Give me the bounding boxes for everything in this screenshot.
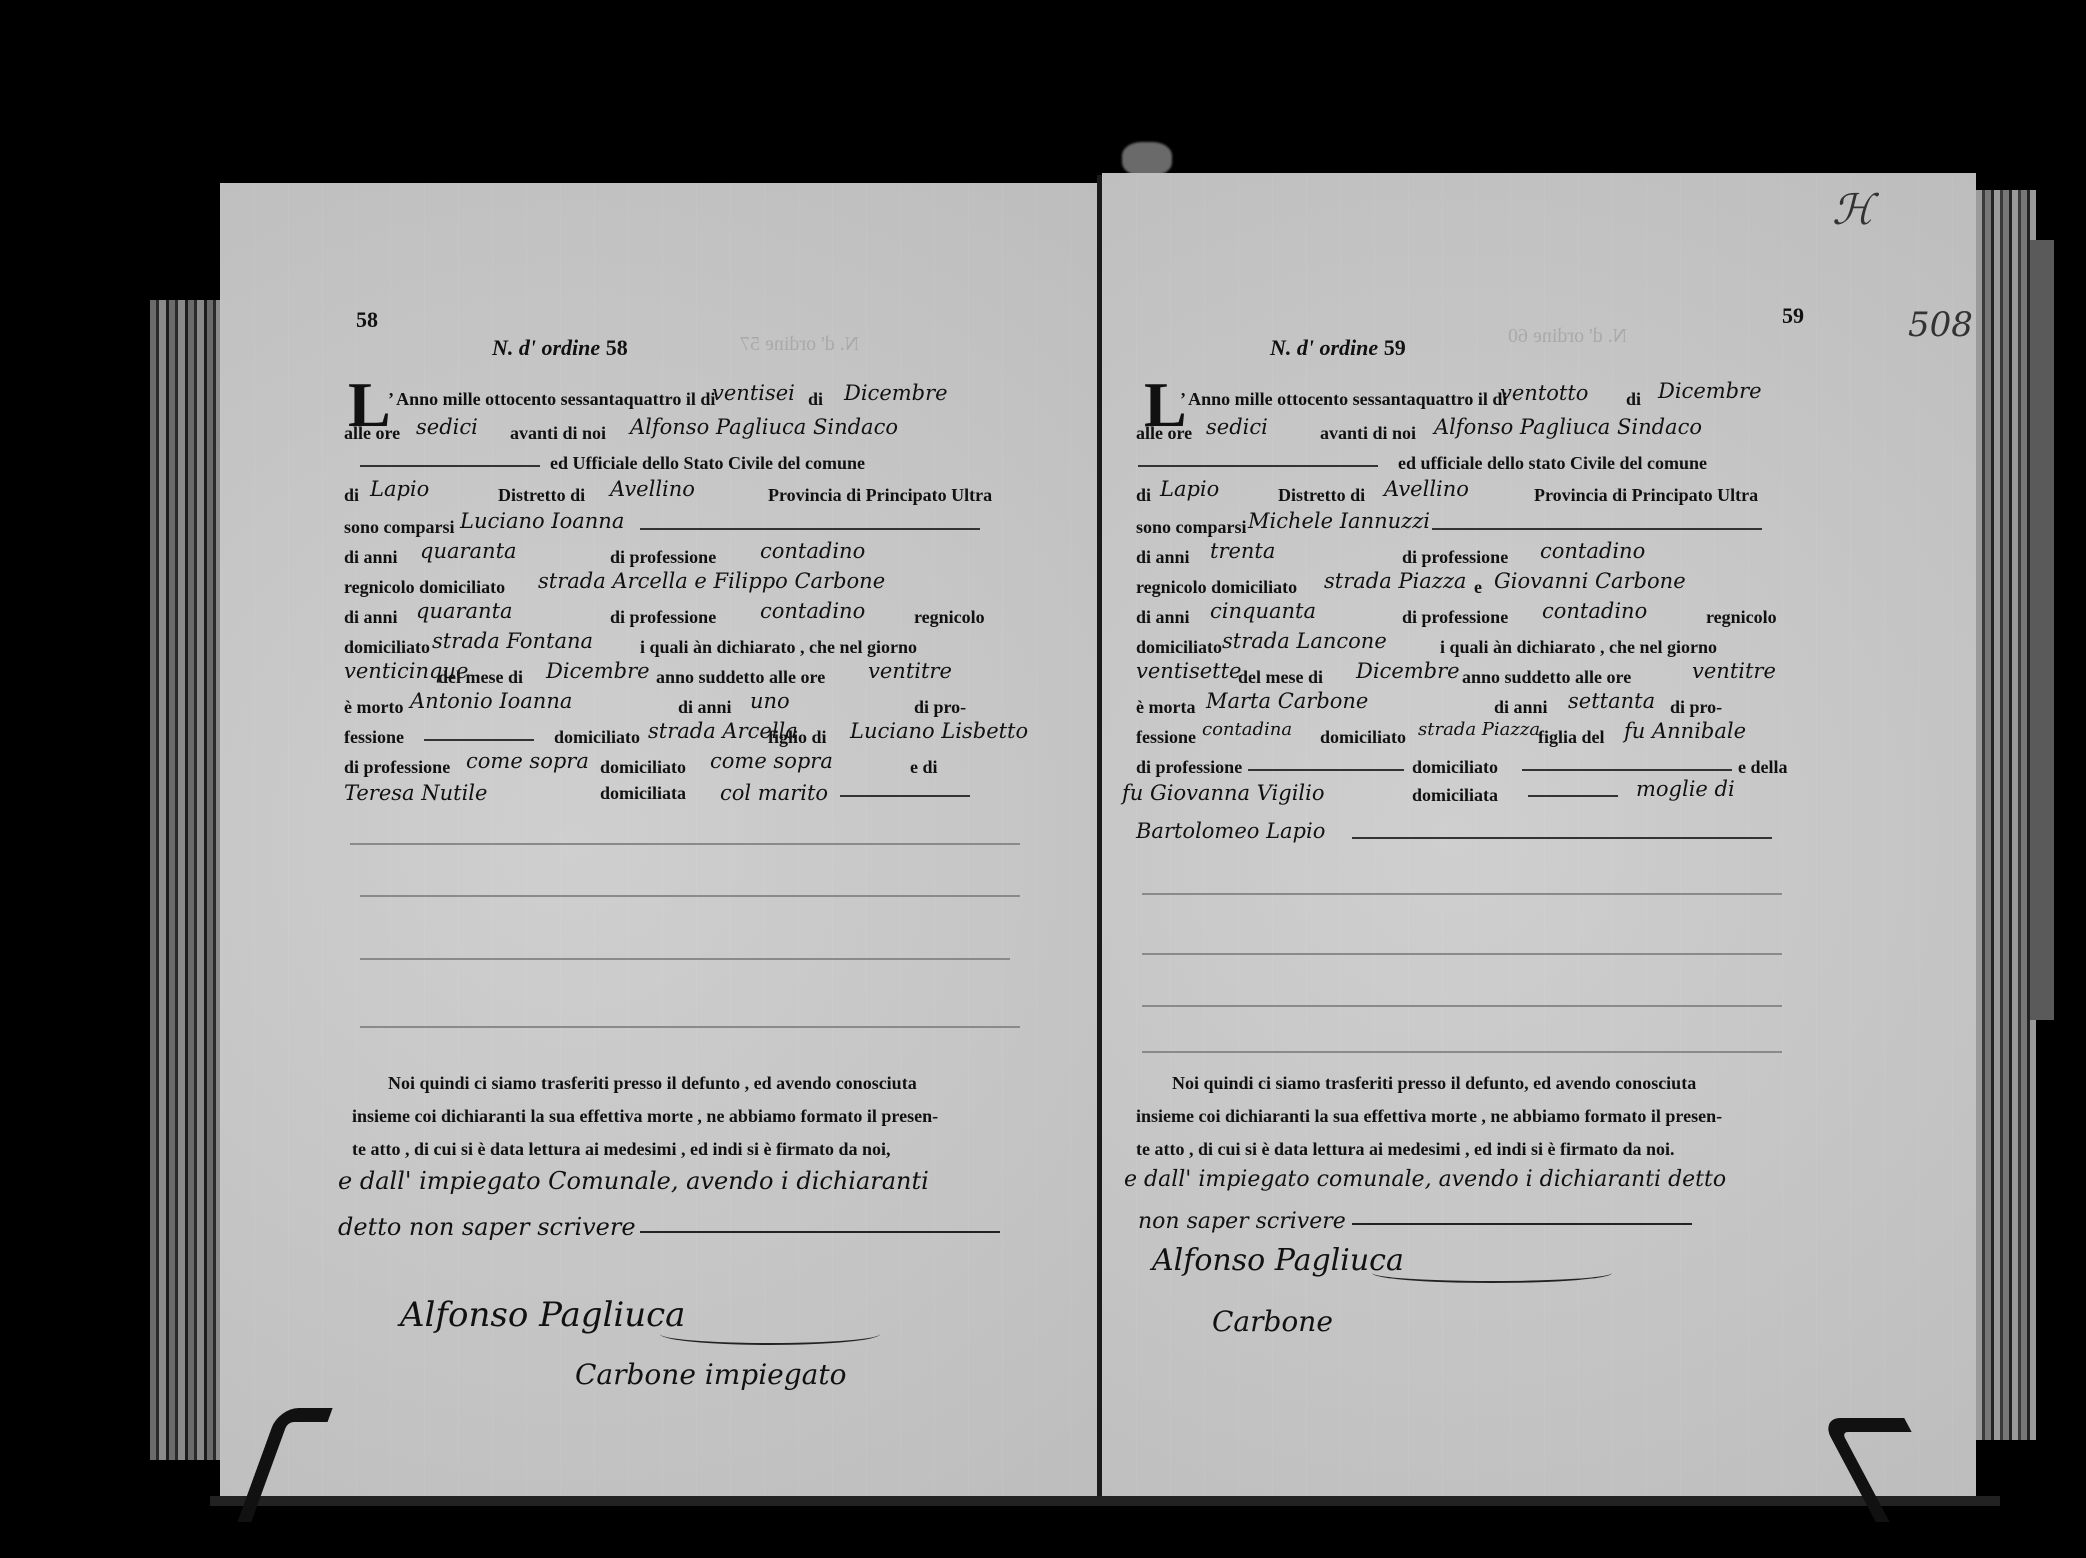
bleed-through-text: N. d' ordine 57 [740,333,859,356]
handwritten-death-month: Dicembre [1356,659,1460,683]
right-page-tab [2030,240,2054,1020]
printed-text: di pro- [914,697,966,718]
handwritten-profession: contadino [760,599,865,623]
handwritten-death-day: ventisette [1136,659,1241,683]
handwritten-spouse-name: Bartolomeo Lapio [1136,819,1325,843]
signature-clerk: Carbone [1212,1305,1333,1338]
right-page-edges [1976,190,2036,1440]
printed-text: Provincia di Principato Ultra [768,485,992,506]
printed-text: figlio di [768,727,827,748]
signature-flourish [660,1323,880,1345]
blank-dash [360,465,540,467]
printed-text: domiciliato [344,637,430,658]
printed-text: avanti di noi [1320,423,1416,444]
order-label: N. d' ordine [1270,335,1378,360]
blank-ruling [360,958,1010,960]
handwritten-mother-name: Teresa Nutile [344,781,487,805]
handwritten-death-hour: ventitre [868,659,952,683]
order-heading: N. d' ordine 59 [1270,335,1406,361]
printed-text: avanti di noi [510,423,606,444]
order-heading: N. d' ordine 58 [492,335,628,361]
printed-text: fessione [344,727,404,748]
printed-text: regnicolo [914,607,985,628]
handwritten-age: quaranta [420,539,517,563]
printed-text: anno suddetto alle ore [1462,667,1631,688]
left-page: 58 N. d' ordine 57 N. d' ordine 58 L ’ A… [220,183,1102,1501]
closing-line: te atto , di cui si è data lettura ai me… [1136,1133,1722,1166]
handwritten-day: ventotto [1500,381,1588,405]
closing-handwritten-line: detto non saper scrivere [338,1213,636,1241]
printed-text: Distretto di [1278,485,1365,506]
handwritten-domicile: come sopra [710,749,833,773]
printed-text: di professione [1402,547,1508,568]
printed-text: domiciliata [600,783,686,804]
closing-dash [640,1231,1000,1233]
closing-line: Noi quindi ci siamo trasferiti presso il… [1136,1067,1722,1100]
handwritten-age: trenta [1210,539,1275,563]
printed-text: alle ore [344,423,400,444]
printed-text: di anni [344,607,398,628]
printed-text: di [344,485,359,506]
handwritten-month: Dicembre [1658,379,1762,403]
handwritten-domicile: strada Lancone [1222,629,1387,653]
handwritten-hour: sedici [1206,415,1268,439]
printed-text: è morta [1136,697,1195,718]
printed-text: del mese di [438,667,523,688]
printed-text: domiciliato [1412,757,1498,778]
blank-dash [1352,837,1772,839]
handwritten-deceased-name: Antonio Ioanna [410,689,572,713]
closing-line: insieme coi dichiaranti la sua effettiva… [1136,1100,1722,1133]
printed-text: del mese di [1238,667,1323,688]
handwritten-declarant-1: Michele Iannuzzi [1248,509,1430,533]
handwritten-official: Alfonso Pagliuca Sindaco [1434,415,1702,439]
handwritten-domicile: strada Fontana [432,629,593,653]
handwritten-domicile-and-declarant-2: strada Arcella e Filippo Carbone [538,569,885,593]
blank-dash [424,739,534,741]
handwritten-father-name: Luciano Lisbetto [850,719,1028,743]
printed-text: ed Ufficiale dello Stato Civile del comu… [550,453,865,474]
handwritten-distretto: Avellino [1384,477,1469,501]
printed-text: domiciliato [600,757,686,778]
handwritten-official: Alfonso Pagliuca Sindaco [630,415,898,439]
margin-number: 508 [1908,305,1973,345]
tape-stain [1122,142,1172,176]
printed-text: sono comparsi [1136,517,1247,538]
page-number: 59 [1782,303,1804,329]
blank-ruling [350,843,1020,845]
blank-ruling [360,895,1020,897]
blank-ruling [1142,1051,1782,1053]
printed-text: di professione [1136,757,1242,778]
handwritten-spouse-label: moglie di [1636,777,1735,801]
handwritten-day: ventisei [712,381,795,405]
handwritten-domicile: strada Piazza [1418,719,1540,740]
handwritten-death-month: Dicembre [546,659,650,683]
handwritten-hour: sedici [416,415,478,439]
printed-text: e di [910,757,938,778]
printed-text: domiciliato [554,727,640,748]
closing-line: insieme coi dichiaranti la sua effettiva… [352,1100,938,1133]
right-page: ℋ 508 59 N. d' ordine 60 N. d' ordine 59… [1102,173,1976,1501]
printed-text: di professione [610,607,716,628]
handwritten-mother-domicile: col marito [720,781,828,805]
page-bottom-shadow [210,1496,2000,1506]
handwritten-profession: contadino [1542,599,1647,623]
blank-ruling [1142,893,1782,895]
handwritten-age: cinquanta [1210,599,1316,623]
signature-mayor: Alfonso Pagliuca [400,1295,685,1335]
printed-text: domiciliato [1136,637,1222,658]
handwritten-declarant-2: Giovanni Carbone [1494,569,1686,593]
printed-text: di professione [344,757,450,778]
order-number: 59 [1384,335,1406,360]
handwritten-profession: contadino [1540,539,1645,563]
closing-line: te atto , di cui si è data lettura ai me… [352,1133,938,1166]
signature-clerk: Carbone impiegato [575,1358,846,1391]
printed-text: figlia del [1538,727,1605,748]
printed-text: di anni [344,547,398,568]
printed-text: alle ore [1136,423,1192,444]
page-number: 58 [356,307,378,333]
printed-text: di professione [610,547,716,568]
printed-text: regnicolo domiciliato [1136,577,1297,598]
handwritten-age: quaranta [416,599,513,623]
blank-ruling [1142,953,1782,955]
closing-handwritten-line: e dall' impiegato comunale, avendo i dic… [1124,1167,1726,1192]
printed-text: regnicolo [1706,607,1777,628]
handwritten-comune: Lapio [1160,477,1219,501]
printed-text: anno suddetto alle ore [656,667,825,688]
printed-text: è morto [344,697,403,718]
handwritten-domicile: strada Piazza [1324,569,1466,593]
blank-dash [1522,769,1732,771]
printed-text: di anni [1136,607,1190,628]
handwritten-mother-name: fu Giovanna Vigilio [1122,781,1324,805]
printed-text: e della [1738,757,1788,778]
printed-text: di anni [678,697,732,718]
printed-text: domiciliata [1412,785,1498,806]
left-page-edges [150,300,222,1460]
closing-printed-text: Noi quindi ci siamo trasferiti presso il… [1136,1067,1722,1166]
handwritten-father-name: fu Annibale [1624,719,1746,743]
printed-text: Distretto di [498,485,585,506]
handwritten-distretto: Avellino [610,477,695,501]
printed-text: fessione [1136,727,1196,748]
blank-dash [640,528,980,530]
margin-annotation: ℋ [1832,185,1874,234]
printed-text: di anni [1136,547,1190,568]
printed-text: e [1474,577,1482,598]
bleed-through-text: N. d' ordine 60 [1508,325,1627,348]
printed-text: di [808,389,823,410]
handwritten-death-hour: ventitre [1692,659,1776,683]
printed-text: regnicolo domiciliato [344,577,505,598]
printed-text: sono comparsi [344,517,455,538]
order-label: N. d' ordine [492,335,600,360]
blank-ruling [360,1026,1020,1028]
order-number: 58 [606,335,628,360]
printed-text: ed ufficiale dello stato Civile del comu… [1398,453,1707,474]
handwritten-comune: Lapio [370,477,429,501]
handwritten-deceased-age: uno [750,689,790,713]
closing-printed-text: Noi quindi ci siamo trasferiti presso il… [352,1067,938,1166]
closing-line: Noi quindi ci siamo trasferiti presso il… [352,1067,938,1100]
signature-mayor: Alfonso Pagliuca [1152,1243,1404,1278]
handwritten-month: Dicembre [844,381,948,405]
signature-flourish [1372,1263,1612,1283]
printed-text: i quali àn dichiarato , che nel giorno [1440,637,1717,658]
printed-text: ’ Anno mille ottocento sessantaquattro i… [1180,389,1507,410]
blank-ruling [1142,1005,1782,1007]
blank-dash [840,795,970,797]
printed-text: di professione [1402,607,1508,628]
printed-text: domiciliato [1320,727,1406,748]
closing-handwritten-line: e dall' impiegato Comunale, avendo i dic… [338,1167,929,1195]
handwritten-profession: come sopra [466,749,589,773]
handwritten-deceased-age: settanta [1568,689,1655,713]
printed-text: di [1626,389,1641,410]
blank-dash [1432,528,1762,530]
printed-text: di [1136,485,1151,506]
blank-dash [1528,795,1618,797]
printed-text: i quali àn dichiarato , che nel giorno [640,637,917,658]
printed-text: ’ Anno mille ottocento sessantaquattro i… [388,389,715,410]
blank-dash [1138,465,1378,467]
handwritten-profession: contadino [760,539,865,563]
printed-text: Provincia di Principato Ultra [1534,485,1758,506]
closing-dash [1352,1223,1692,1225]
printed-text: di pro- [1670,697,1722,718]
blank-dash [1248,769,1404,771]
handwritten-deceased-name: Marta Carbone [1206,689,1368,713]
closing-handwritten-line: non saper scrivere [1138,1209,1346,1234]
scanned-book-spread: 58 N. d' ordine 57 N. d' ordine 58 L ’ A… [0,0,2086,1558]
handwritten-profession: contadina [1202,719,1292,740]
handwritten-declarant-1: Luciano Ioanna [460,509,624,533]
printed-text: di anni [1494,697,1548,718]
